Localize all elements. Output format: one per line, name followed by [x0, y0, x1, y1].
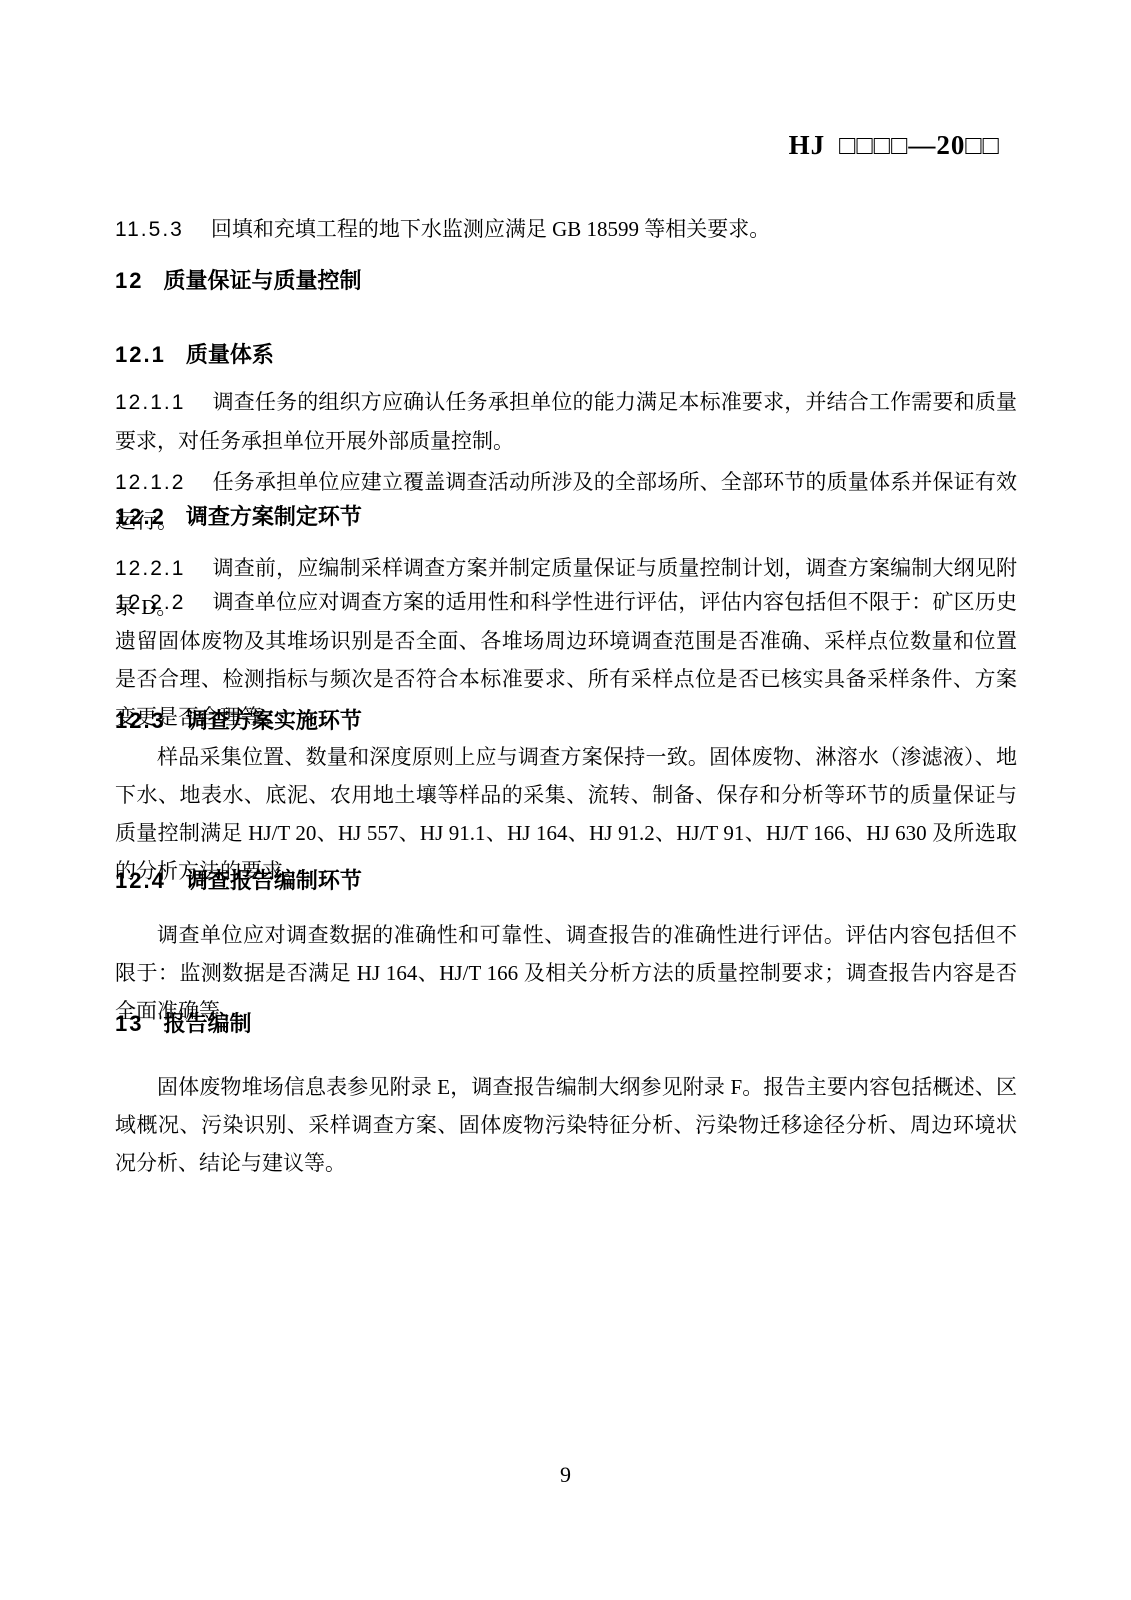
heading-title: 报告编制 [163, 1011, 251, 1036]
section-heading-13: 13报告编制 [115, 1009, 1017, 1039]
heading-title: 质量保证与质量控制 [163, 268, 361, 293]
heading-number: 12 [115, 268, 143, 293]
section-heading-12: 12质量保证与质量控制 [115, 266, 1017, 296]
clause-number: 12.1.1 [115, 391, 185, 414]
heading-title: 调查报告编制环节 [186, 868, 362, 893]
clause-text: 调查任务的组织方应确认任务承担单位的能力满足本标准要求，并结合工作需要和质量要求… [115, 390, 1017, 453]
heading-number: 13 [115, 1011, 143, 1036]
clause-12-1-1: 12.1.1调查任务的组织方应确认任务承担单位的能力满足本标准要求，并结合工作需… [115, 383, 1017, 460]
heading-number: 12.1 [115, 342, 166, 367]
heading-title: 质量体系 [186, 342, 274, 367]
clause-11-5-3: 11.5.3回填和充填工程的地下水监测应满足 GB 18599 等相关要求。 [115, 210, 1017, 249]
paragraph-13: 固体废物堆场信息表参见附录 E，调查报告编制大纲参见附录 F。报告主要内容包括概… [115, 1068, 1017, 1182]
clause-number: 12.1.2 [115, 471, 185, 494]
page-number: 9 [0, 1460, 1131, 1490]
standard-code-placeholder: □□□□—20□□ [839, 130, 1000, 160]
paragraph-text: 固体废物堆场信息表参见附录 E，调查报告编制大纲参见附录 F。报告主要内容包括概… [115, 1075, 1017, 1175]
standard-label: HJ [789, 130, 826, 160]
section-heading-12-1: 12.1质量体系 [115, 340, 1017, 370]
document-header: HJ□□□□—20□□ [789, 130, 1000, 161]
clause-number: 11.5.3 [115, 218, 184, 241]
heading-title: 调查方案实施环节 [186, 708, 362, 733]
section-heading-12-3: 12.3调查方案实施环节 [115, 706, 1017, 736]
section-heading-12-2: 12.2调查方案制定环节 [115, 502, 1017, 532]
clause-text: 回填和充填工程的地下水监测应满足 GB 18599 等相关要求。 [211, 217, 770, 241]
document-page: HJ□□□□—20□□ 11.5.3回填和充填工程的地下水监测应满足 GB 18… [0, 0, 1131, 1600]
paragraph-text: 样品采集位置、数量和深度原则上应与调查方案保持一致。固体废物、淋溶水（渗滤液）、… [115, 745, 1017, 883]
clause-number: 12.2.1 [115, 557, 185, 580]
heading-title: 调查方案制定环节 [186, 504, 362, 529]
clause-number: 12.2.2 [115, 591, 185, 614]
heading-number: 12.3 [115, 708, 166, 733]
paragraph-text: 调查单位应对调查数据的准确性和可靠性、调查报告的准确性进行评估。评估内容包括但不… [115, 923, 1017, 1023]
section-heading-12-4: 12.4调查报告编制环节 [115, 866, 1017, 896]
heading-number: 12.4 [115, 868, 166, 893]
heading-number: 12.2 [115, 504, 166, 529]
